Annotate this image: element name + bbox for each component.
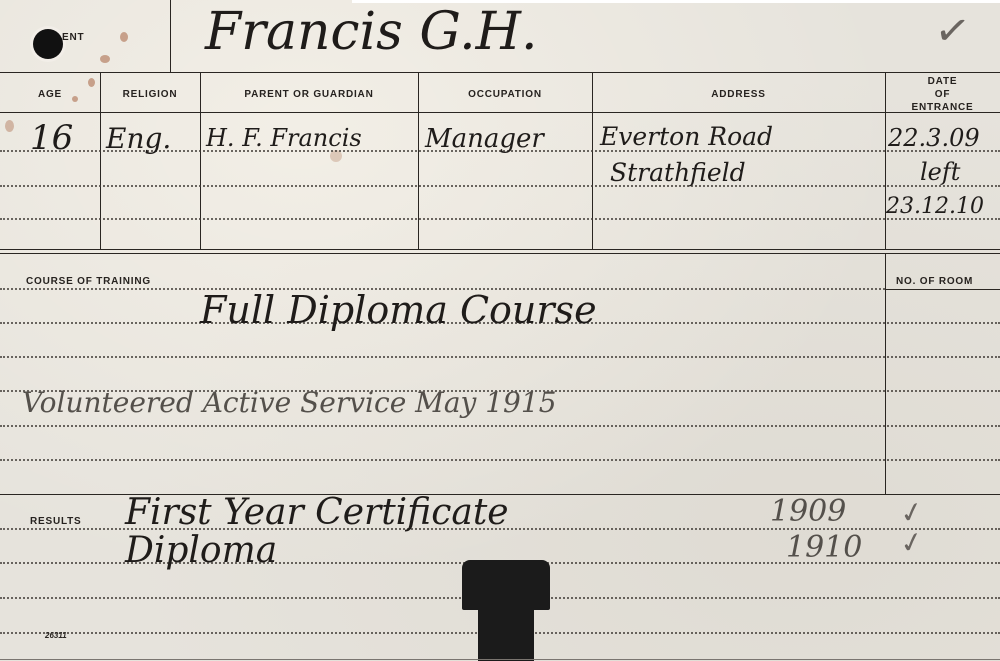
course-of-training-label: COURSE OF TRAINING: [26, 276, 151, 287]
result-item-year: 1910: [786, 530, 862, 565]
date-entered: 22.3.09: [888, 124, 980, 152]
check-mark-icon: ✓: [932, 4, 974, 57]
column-header-address: ADDRESS: [592, 89, 885, 100]
column-header-religion: RELIGION: [100, 89, 200, 100]
dotted-rule: [0, 185, 1000, 187]
double-rule-bottom: [0, 253, 1000, 254]
course-note: Volunteered Active Service May 1915: [22, 386, 557, 419]
stain: [100, 55, 110, 63]
stain: [5, 120, 14, 132]
label-line: ENTRANCE: [885, 101, 1000, 114]
address-line2: Strathfield: [610, 158, 746, 187]
label-line: OF: [885, 88, 1000, 101]
column-header-parent: PARENT OR GUARDIAN: [200, 89, 418, 100]
punch-hole: [33, 29, 63, 59]
label-line: DATE: [885, 75, 1000, 88]
occupation-value: Manager: [425, 124, 544, 154]
header-label-partial: ENT: [62, 32, 84, 43]
card-bottom-edge: [0, 659, 1000, 660]
room-header-rule: [885, 289, 1000, 290]
age-value: 16: [30, 118, 73, 158]
student-record-card: ENT Francis G.H. ✓ AGE RELIGION PARENT O…: [0, 0, 1000, 661]
rule: [0, 112, 1000, 113]
dotted-rule: [0, 425, 1000, 427]
rule: [0, 72, 1000, 73]
column-header-occupation: OCCUPATION: [418, 89, 592, 100]
student-name: Francis G.H.: [205, 2, 538, 62]
left-label: left: [920, 158, 960, 186]
results-label: RESULTS: [30, 516, 82, 527]
column-header-age: AGE: [0, 89, 100, 100]
result-item-year: 1909: [770, 494, 846, 529]
date-left: 23.12.10: [886, 194, 984, 219]
double-rule-top: [0, 249, 1000, 250]
religion-value: Eng.: [106, 122, 171, 155]
form-number: 26311: [45, 631, 67, 640]
stain: [88, 78, 95, 87]
dotted-rule: [0, 356, 1000, 358]
dotted-rule: [0, 218, 1000, 220]
room-label: NO. OF ROOM: [896, 276, 973, 287]
stain: [120, 32, 128, 42]
address-line1: Everton Road: [600, 122, 773, 151]
column-header-date-of-entrance: DATE OF ENTRANCE: [885, 75, 1000, 114]
index-tab-cutout-stem: [478, 606, 534, 661]
dotted-rule: [0, 459, 1000, 461]
course-value: Full Diploma Course: [200, 288, 597, 332]
result-item-name: Diploma: [125, 530, 277, 571]
parent-value: H. F. Francis: [206, 124, 362, 152]
index-tab-cutout: [462, 560, 550, 610]
header-divider: [170, 0, 171, 72]
result-item-name: First Year Certificate: [125, 492, 509, 533]
